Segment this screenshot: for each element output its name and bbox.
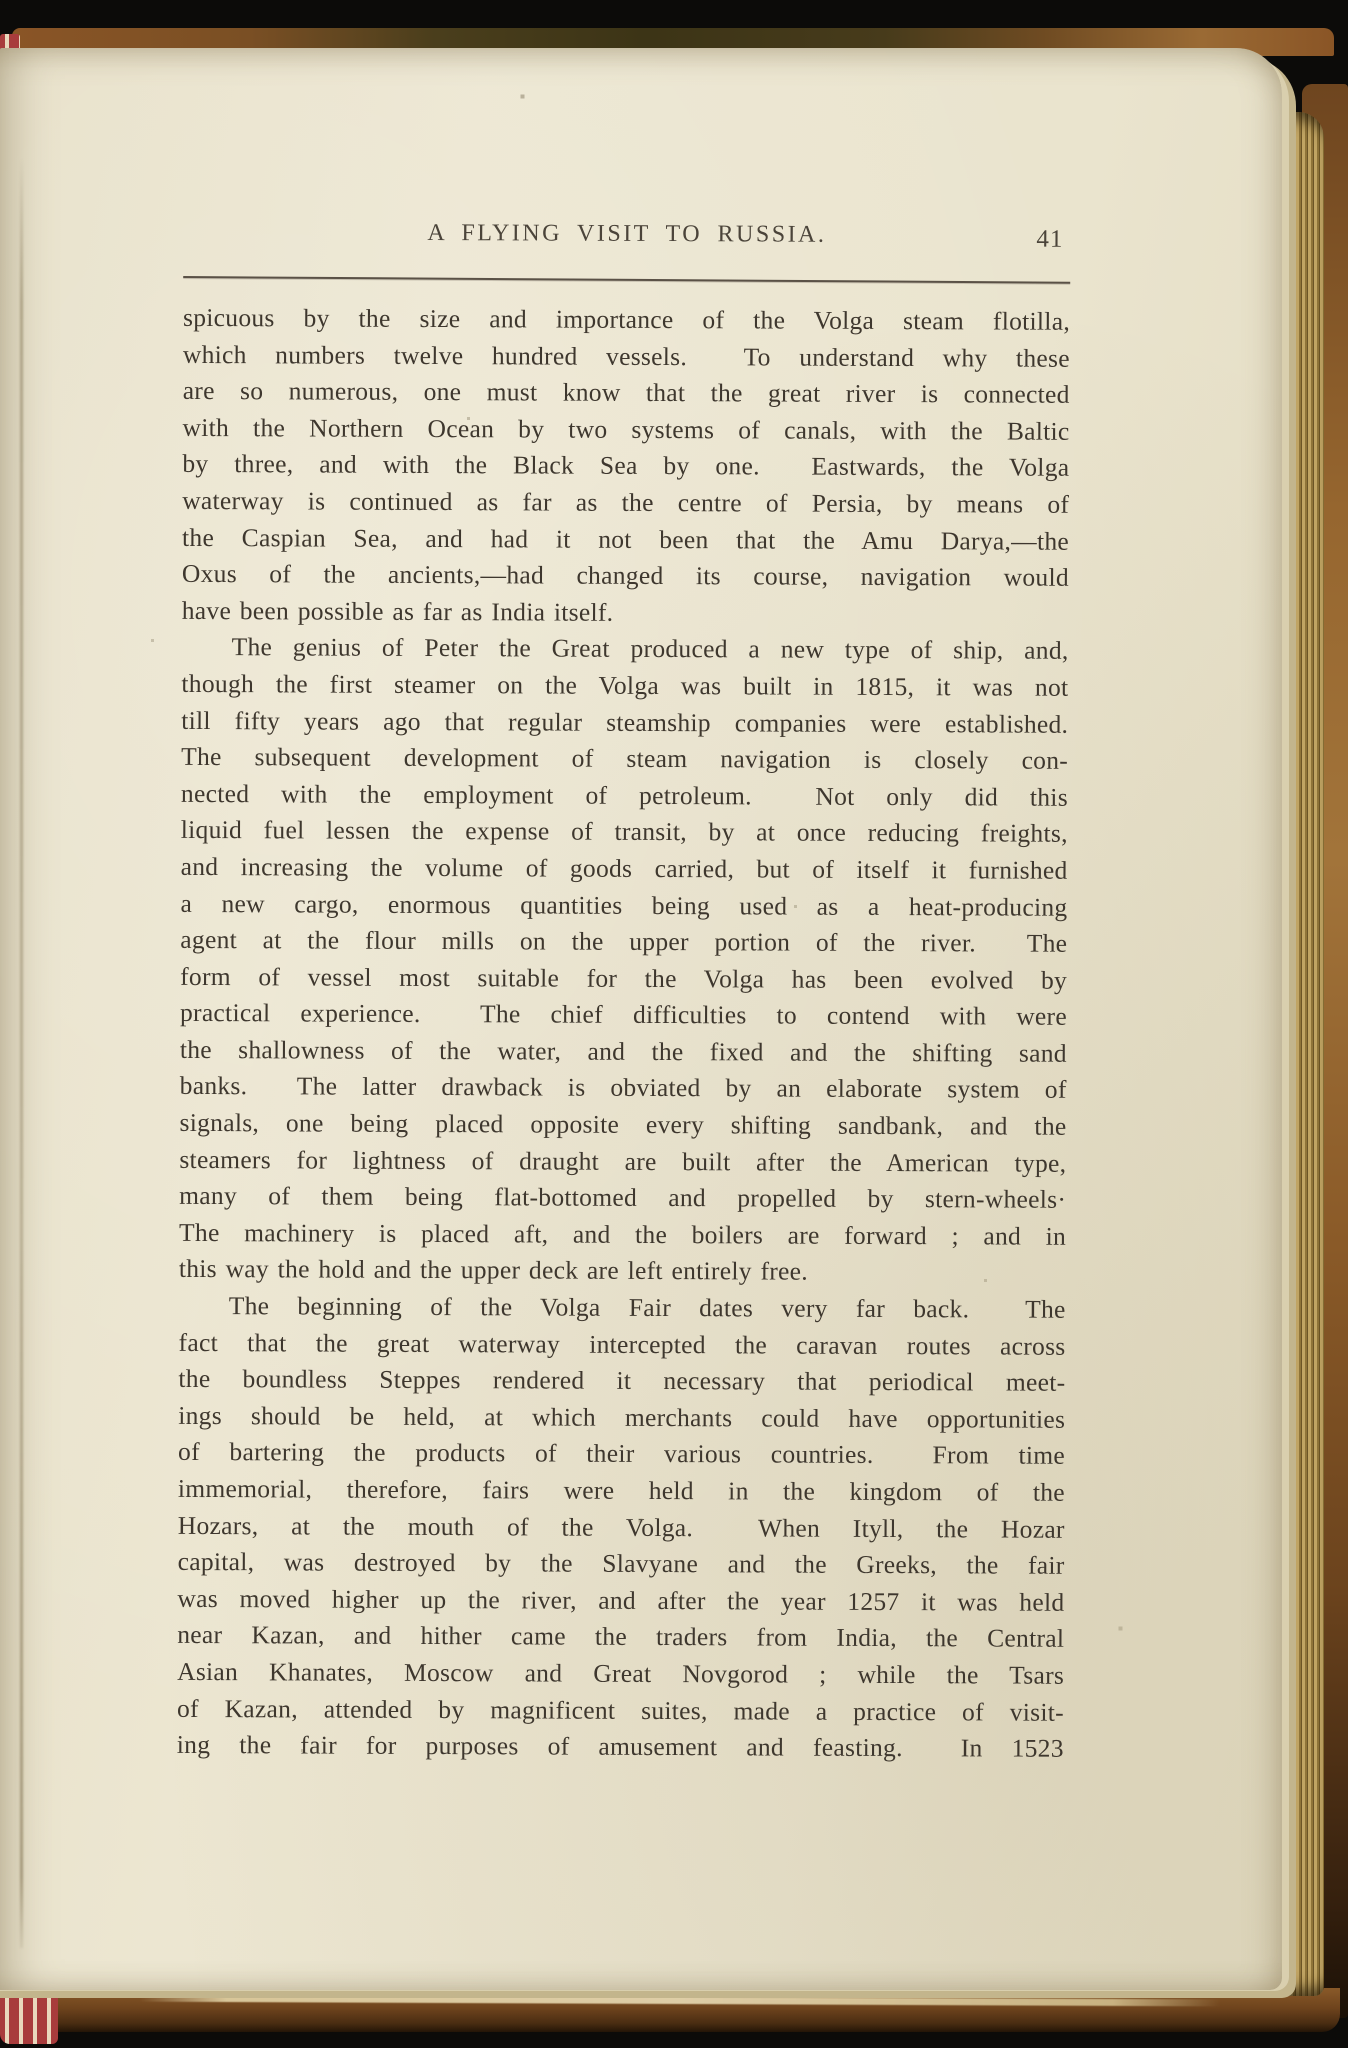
text-line: Oxus of the ancients,—had changed its co… bbox=[182, 556, 1069, 596]
text-line: have been possible as far as India itsel… bbox=[182, 593, 1069, 633]
text-line: spicuous by the size and importance of t… bbox=[183, 300, 1070, 340]
text-line: many of them being flat-bottomed and pro… bbox=[179, 1178, 1066, 1218]
text-line: though the first steamer on the Volga wa… bbox=[181, 666, 1068, 706]
text-line: immemorial, therefore, fairs were held i… bbox=[178, 1471, 1065, 1511]
book-page: A FLYING VISIT TO RUSSIA. 41 spicuous by… bbox=[0, 48, 1282, 1990]
text-line: capital, was destroyed by the Slavyane a… bbox=[178, 1544, 1065, 1584]
text-line: steamers for lightness of draught are bu… bbox=[179, 1142, 1066, 1182]
paragraph: The genius of Peter the Great produced a… bbox=[179, 629, 1069, 1292]
text-line: liquid fuel lessen the expense of transi… bbox=[181, 812, 1068, 852]
text-line: The beginning of the Volga Fair dates ve… bbox=[179, 1288, 1066, 1328]
text-line: The machinery is placed aft, and the boi… bbox=[179, 1215, 1066, 1255]
text-line: the boundless Steppes rendered it necess… bbox=[178, 1361, 1065, 1401]
page-number: 41 bbox=[1036, 226, 1063, 254]
text-line: till fifty years ago that regular steams… bbox=[181, 702, 1068, 742]
text-line: The genius of Peter the Great produced a… bbox=[182, 629, 1069, 669]
text-line: the Caspian Sea, and had it not been tha… bbox=[182, 519, 1069, 559]
text-line: a new cargo, enormous quantities being u… bbox=[180, 885, 1067, 925]
text-line: fact that the great waterway intercepted… bbox=[178, 1325, 1065, 1365]
endband-bottom bbox=[0, 1995, 58, 2044]
header-rule bbox=[183, 276, 1070, 284]
text-line: practical experience. The chief difficul… bbox=[180, 995, 1067, 1035]
text-line: this way the hold and the upper deck are… bbox=[179, 1251, 1066, 1291]
text-line: Hozars, at the mouth of the Volga. When … bbox=[178, 1508, 1065, 1548]
text-line: The subsequent development of steam navi… bbox=[181, 739, 1068, 779]
text-line: with the Northern Ocean by two systems o… bbox=[182, 410, 1069, 450]
book-photo: A FLYING VISIT TO RUSSIA. 41 spicuous by… bbox=[0, 0, 1348, 2048]
body-text: spicuous by the size and importance of t… bbox=[177, 300, 1070, 1768]
text-line: signals, one being placed opposite every… bbox=[179, 1105, 1066, 1145]
printed-content: A FLYING VISIT TO RUSSIA. 41 spicuous by… bbox=[0, 47, 1283, 1995]
running-header: A FLYING VISIT TO RUSSIA. bbox=[183, 219, 1070, 250]
text-line: ings should be held, at which merchants … bbox=[178, 1398, 1065, 1438]
text-line: the shallowness of the water, and the fi… bbox=[180, 1032, 1067, 1072]
text-line: are so numerous, one must know that the … bbox=[183, 373, 1070, 413]
text-line: which numbers twelve hundred vessels. To… bbox=[183, 337, 1070, 377]
text-line: near Kazan, and hither came the traders … bbox=[177, 1617, 1064, 1657]
text-line: and increasing the volume of goods carri… bbox=[181, 849, 1068, 889]
text-line: ing the fair for purposes of amusement a… bbox=[177, 1727, 1064, 1767]
text-line: of bartering the products of their vario… bbox=[178, 1434, 1065, 1474]
text-line: of Kazan, attended by magnificent suites… bbox=[177, 1690, 1064, 1730]
text-line: Asian Khanates, Moscow and Great Novgoro… bbox=[177, 1654, 1064, 1694]
text-line: nected with the employment of petroleum.… bbox=[181, 776, 1068, 816]
text-line: waterway is continued as far as the cent… bbox=[182, 483, 1069, 523]
paragraph: The beginning of the Volga Fair dates ve… bbox=[177, 1288, 1066, 1768]
text-line: banks. The latter drawback is obviated b… bbox=[180, 1068, 1067, 1108]
text-line: form of vessel most suitable for the Vol… bbox=[180, 959, 1067, 999]
text-line: was moved higher up the river, and after… bbox=[177, 1581, 1064, 1621]
paragraph: spicuous by the size and importance of t… bbox=[182, 300, 1070, 633]
text-line: agent at the flour mills on the upper po… bbox=[180, 922, 1067, 962]
text-line: by three, and with the Black Sea by one.… bbox=[182, 446, 1069, 486]
